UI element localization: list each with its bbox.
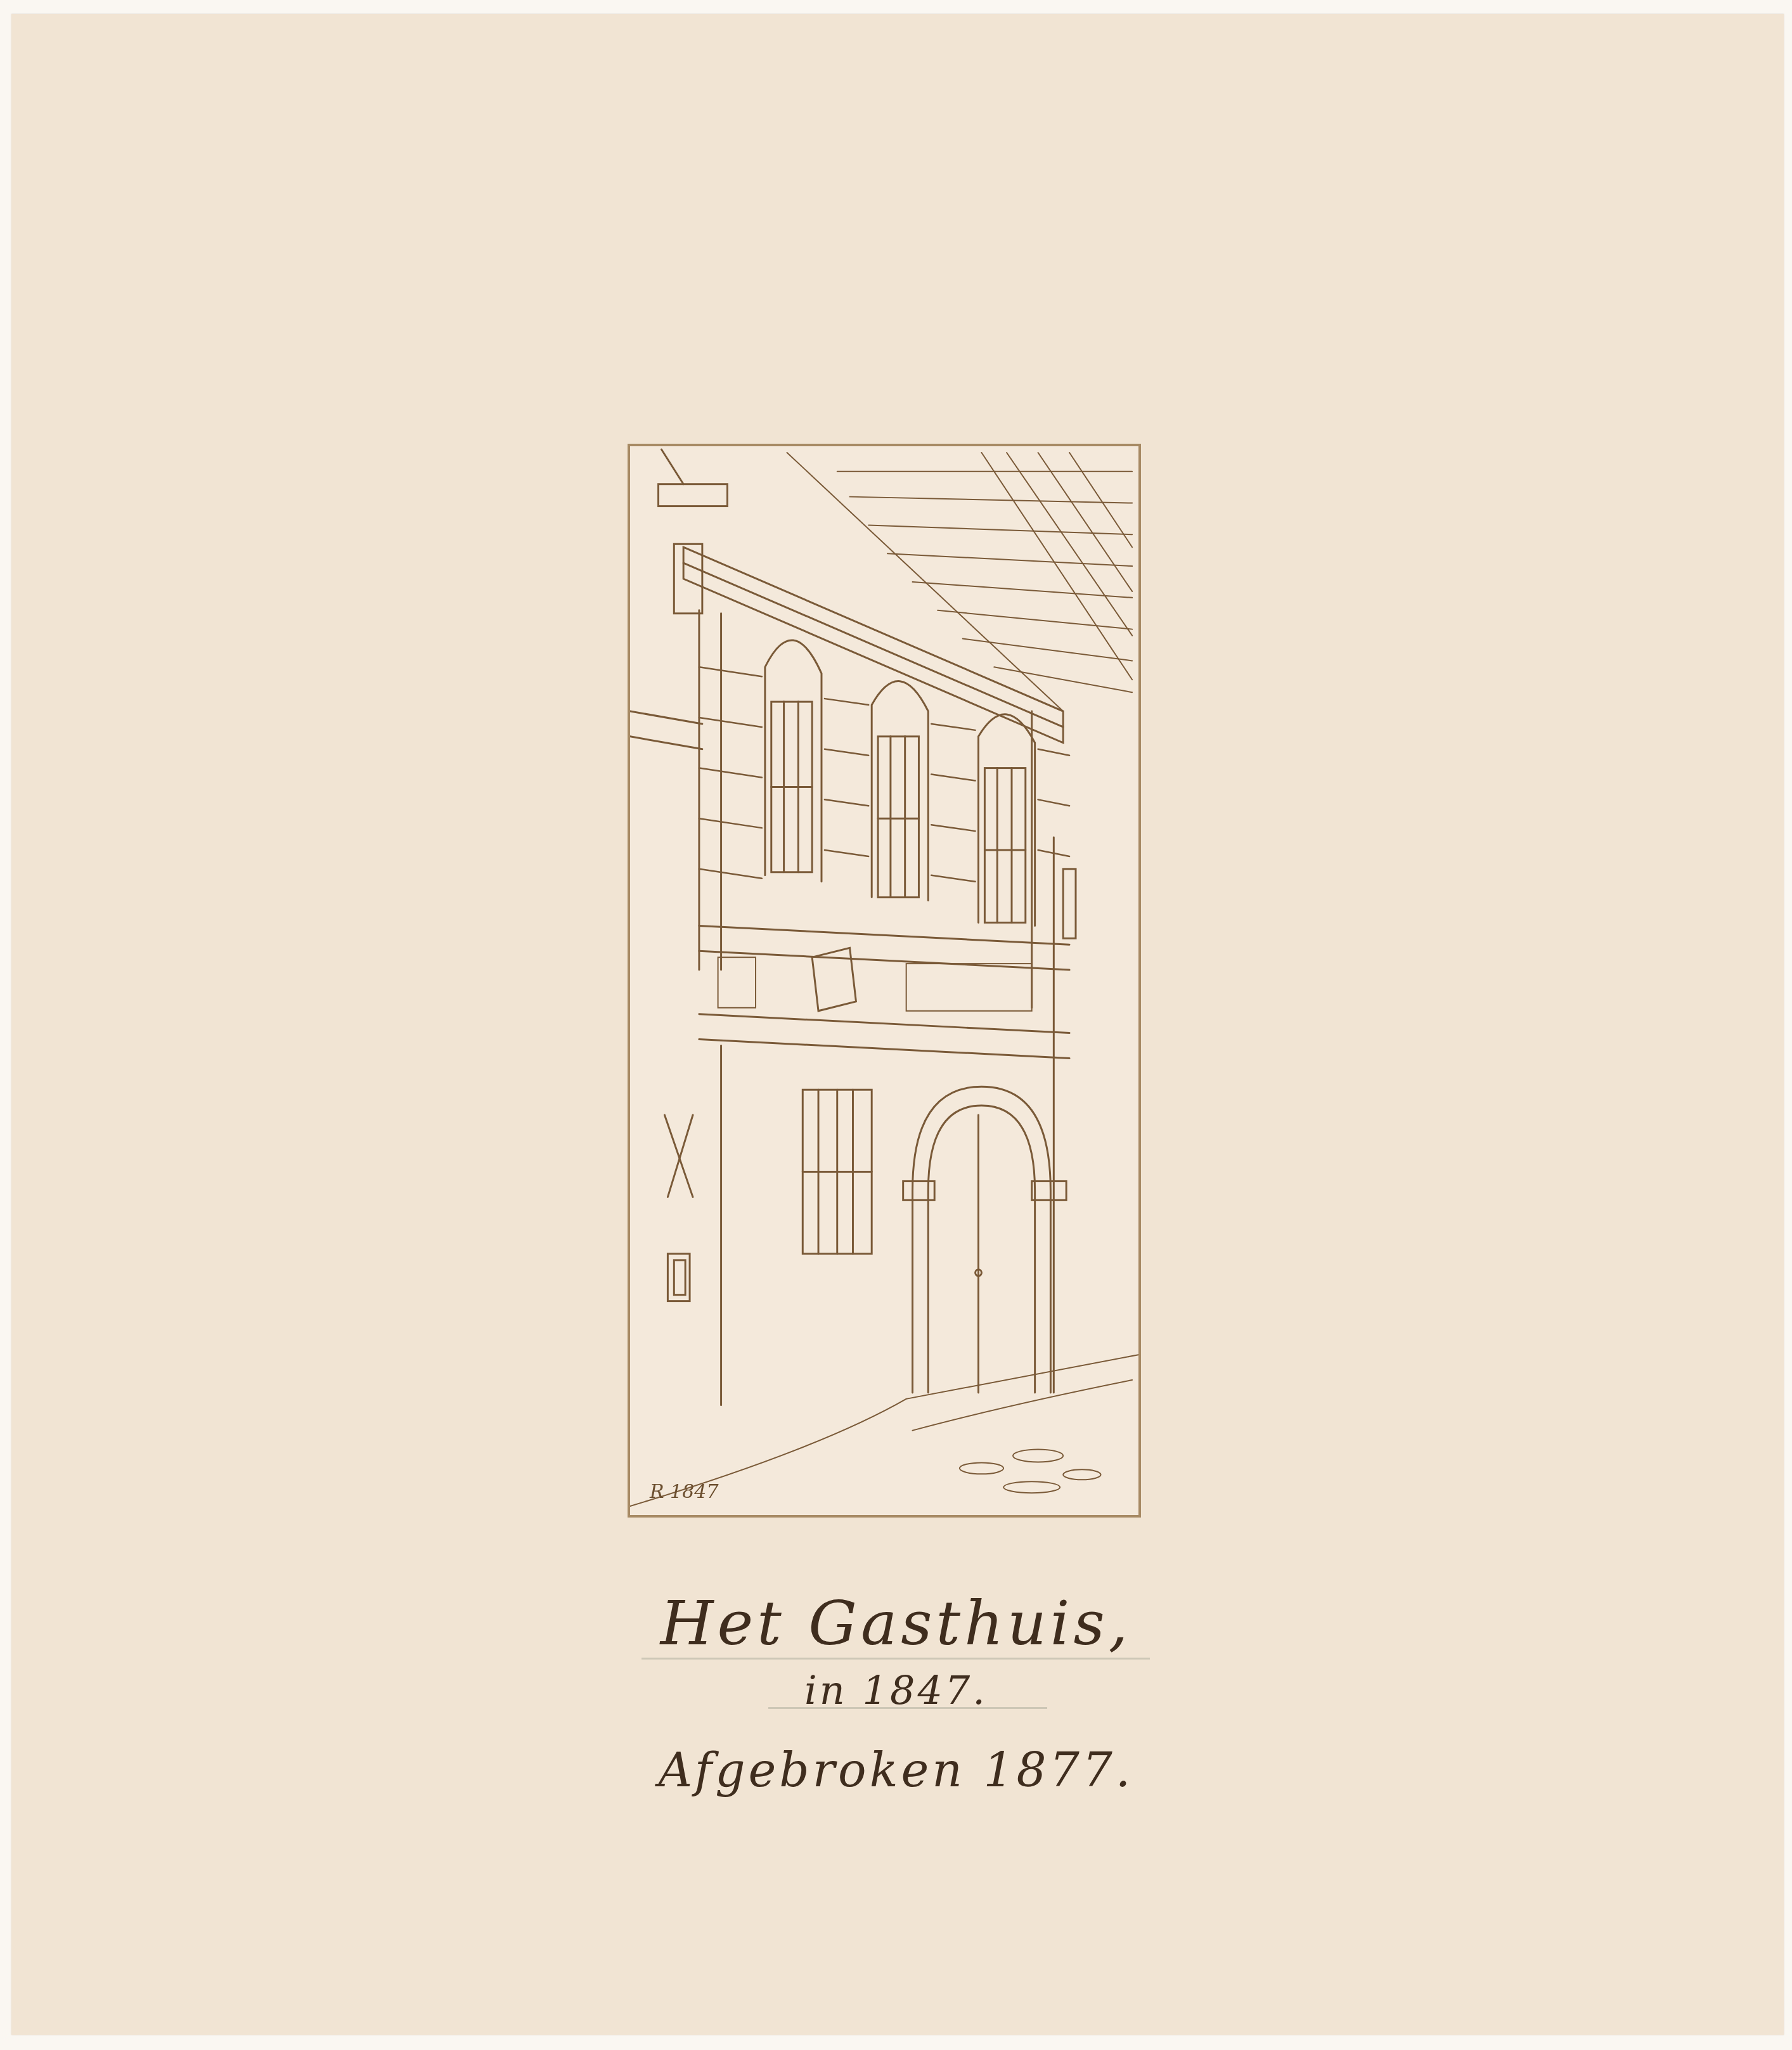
frieze [699,925,1069,1058]
caption-subtitle: in 1847. [0,1667,1792,1713]
cornice [659,449,1064,743]
drawing-frame [628,444,1141,1518]
artist-signature: R 1847 [650,1481,718,1503]
caption-title: Het Gasthuis, [0,1588,1792,1659]
arched-windows [765,640,1035,925]
caption-demolished-note: Afgebroken 1877. [0,1743,1792,1798]
roof-tiles [787,453,1133,711]
building-facade-drawing [630,446,1138,1515]
upper-piers [630,610,1032,1008]
